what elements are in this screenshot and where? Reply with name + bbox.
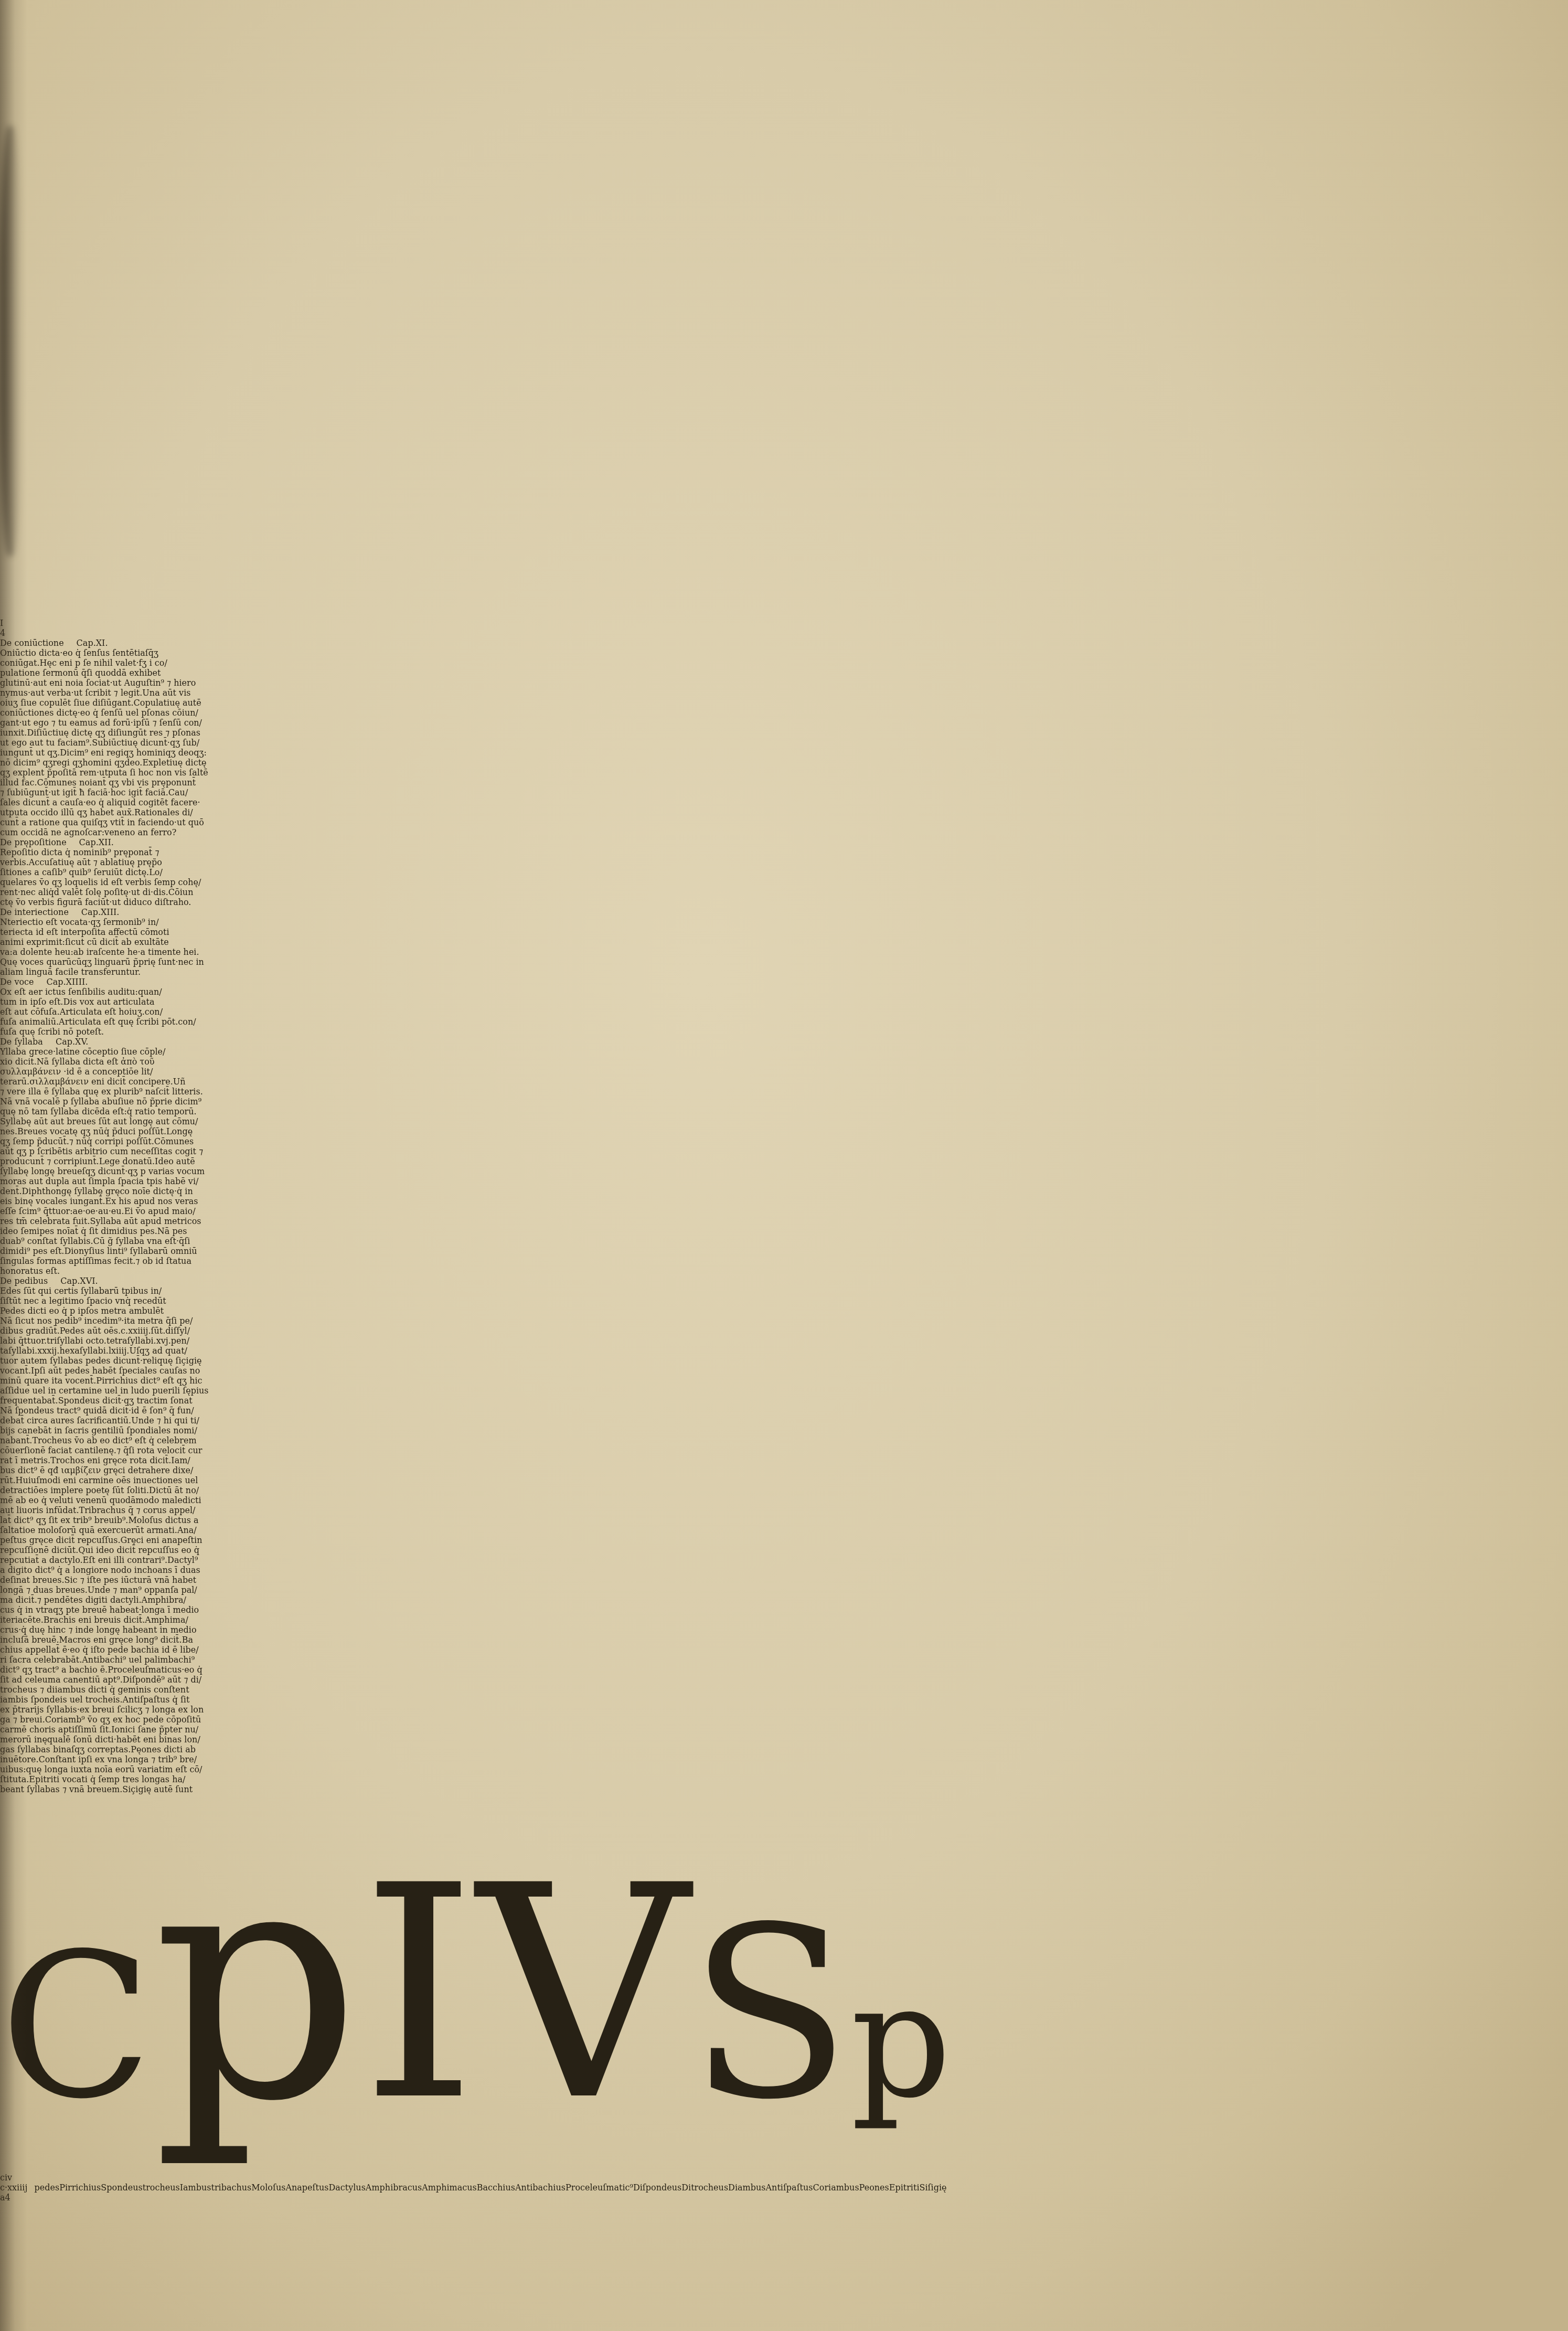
text-line: utputa occido illū qʒ habet aux̄.Rationa…: [0, 807, 1568, 817]
chapter-heading: De voce Cap.XIIII.: [0, 977, 1568, 987]
text-line: honoratus eſt.: [0, 1266, 1568, 1276]
text-line: dimidi⁹ pes eſt.Dionyſius linti⁹ ſyllaba…: [0, 1246, 1568, 1256]
text-line: Syllabę aūt aut breues ſūt aut longę aut…: [0, 1116, 1568, 1126]
text-line: chius appellat̄ ē·eo q̇ iſto pede bachia…: [0, 1645, 1568, 1655]
text-line: xio dicit̄.Nā ſyllaba dicta eſt ἀπὸ τοῦ: [0, 1057, 1568, 1067]
text-line: iambis ſpondeis uel trocheis.Antiſpaſtus…: [0, 1695, 1568, 1705]
text-line: gant·ut ego ⁊ tu eamus ad forū·ipſū ⁊ ſe…: [0, 718, 1568, 728]
text-line: Pedes dicti eo q̇ p ipſos metra ambulēt: [0, 1306, 1568, 1316]
text-line: illud fac.Cōmunes noiant̄ qʒ vbi vis prę…: [0, 778, 1568, 787]
versal-initial-S: S: [689, 1877, 850, 2152]
margin-note: Antiſpaſtus: [766, 2183, 813, 2192]
versal-initials: CpIVSp: [0, 1794, 1568, 2173]
margin-note: Moloſus: [251, 2183, 285, 2192]
text-line: dict⁹ qʒ tract⁹ a bachio ē.Proceleuſmati…: [0, 1665, 1568, 1675]
text-line: iungunt̄ ut qʒ.Dicim⁹ eni regiqʒ hominiq…: [0, 748, 1568, 758]
text-line: trocheus ⁊ diiambus dicti q̇ geminis con…: [0, 1685, 1568, 1695]
text-line: glutinū·aut eni noia ſociat·ut Auguſtin⁹…: [0, 678, 1568, 688]
text-line: qʒ ſemp p̃ducūt̄.⁊ nūq̇ corripi poſſūt.C…: [0, 1136, 1568, 1146]
text-line: tuor autem ſyllabas pedes dicunt̄·reliqu…: [0, 1356, 1568, 1366]
text-line: ſales dicunt̄ a cauſa·eo q̇ aliquid cogi…: [0, 797, 1568, 807]
text-line: rūt.Huiuſmodi eni carmine oēs inuectione…: [0, 1475, 1568, 1485]
text-line: Nteriectio eſt vocata·qʒ ſermonib⁹ in/: [0, 917, 1568, 927]
text-line: iunxit.Diſiūctiuę dictę qʒ diſiungūt res…: [0, 728, 1568, 738]
text-line: animi exprimit:ſicut cū dicit̄ ab exultā…: [0, 937, 1568, 947]
quire-signature: a4: [0, 2192, 1568, 2202]
versal-initial-P: p: [153, 1794, 361, 2173]
margin-note: Antibachius: [515, 2183, 566, 2192]
text-line: pulatione ſermonū q̄ſi quoddā exhibet: [0, 668, 1568, 678]
text-line: deſinat breues.Sic ⁊ iſte pes iūcturā vn…: [0, 1575, 1568, 1585]
text-line: Nā ſicut nos pedib⁹ incedim⁹·ita metra q…: [0, 1316, 1568, 1326]
text-line: va:a dolente heu:ab iraſcente he·a timen…: [0, 947, 1568, 957]
versal-initial-I: I: [361, 1823, 477, 2165]
text-line: ideo ſemipes noīat̄ q̇ ſit dimidius pes.…: [0, 1226, 1568, 1236]
text-line: Oniūctio dicta·eo q̇ ſenſus ſentētiaſq̄ʒ: [0, 648, 1568, 658]
margin-note: Epitriti: [889, 2183, 920, 2192]
text-line: terarū.σιλλαμβάνειν eni dicit̄ concipere…: [0, 1077, 1568, 1087]
text-line: merorū inęqualē ſonū dicti·habēt eni bin…: [0, 1734, 1568, 1744]
text-line: repcutiat̄ a dactylo.Eſt eni illi contra…: [0, 1555, 1568, 1565]
versal-initial-P: p: [851, 1950, 952, 2133]
text-line: ri ſacra celebrabāt.Antibachi⁹ uel palim…: [0, 1655, 1568, 1665]
text-line: res tm̄ celebrata fuit.Syllaba aūt apud …: [0, 1216, 1568, 1226]
text-line: detractiōes implere poetę ſūt ſoliti.Dic…: [0, 1485, 1568, 1495]
margin-note: tribachus: [211, 2183, 251, 2192]
margin-note: Siſigię: [920, 2183, 947, 2192]
text-line: a digito dict⁹ q̇ a longiore nodo inchoa…: [0, 1565, 1568, 1575]
text-line: Ox eſt aer ictus ſenſibilis auditu:quan/: [0, 987, 1568, 997]
text-line: ſtituta.Epitriti vocati q̇ ſemp tres lon…: [0, 1774, 1568, 1784]
text-line: lat̄ dict⁹ qʒ ſit ex trib⁹ breuib⁹.Moloſ…: [0, 1515, 1568, 1525]
text-line: nes.Breues vocatę qʒ nūq̇ p̃duci poſſūt.…: [0, 1126, 1568, 1136]
text-line: minū quare ita vocent̄.Pirrichius dict⁹ …: [0, 1376, 1568, 1386]
text-line: ⁊ vere illa ē ſyllaba quę ex plurib⁹ naſ…: [0, 1087, 1568, 1097]
text-line: Repoſitio dicta q̇ nominib⁹ pręponat̄ ⁊: [0, 847, 1568, 857]
text-line: bus dict⁹ ē qđ ιαμβίζειν gręci detrahere…: [0, 1465, 1568, 1475]
book-number: I: [0, 618, 1568, 628]
versal-initial-V: V: [477, 1823, 689, 2165]
incunabulum-page: I 4 De coniūctione Cap.XI.Oniūctio dicta…: [0, 0, 1568, 2331]
text-line: producunt̄ ⁊ corripiunt̄.Lege donatū.Ide…: [0, 1156, 1568, 1166]
guide-letters: civ: [0, 2173, 1568, 2183]
margin-note: trocheus: [143, 2183, 180, 2192]
text-line: eſt aut cōfuſa.Articulata eſt hoiuʒ.con/: [0, 1007, 1568, 1017]
text-line: fuſa animaliū.Articulata eſt quę ſcribi …: [0, 1017, 1568, 1027]
text-line: crus·q̇ duę hinc ⁊ inde longę habeant in…: [0, 1625, 1568, 1635]
text-line: uibus:quę longa iuxta noīa eorū variatim…: [0, 1764, 1568, 1774]
margin-note: Iambus: [180, 2183, 211, 2192]
text-line: quę nō tam ſyllaba dicēda eſt:q̇ ratio t…: [0, 1106, 1568, 1116]
text-line: cus q̇ in vtraqʒ pte breuē habeat·longa …: [0, 1605, 1568, 1615]
text-line: Yllaba grece·latine cōceptio ſiue cōple/: [0, 1047, 1568, 1057]
margin-note: Bacchius: [477, 2183, 515, 2192]
text-line: ſitiones a caſib⁹ quib⁹ ſeruiūt dictę.Lo…: [0, 867, 1568, 877]
margin-note: Peones: [859, 2183, 889, 2192]
margin-note: Proceleuſmatic⁹: [566, 2183, 633, 2192]
text-line: ut ego aut tu faciam⁹.Subiūctiuę dicunt̄…: [0, 738, 1568, 748]
text-line: vocant̄.Ipſi aūt pedes habēt ſpeciales c…: [0, 1366, 1568, 1376]
chapter-heading: De interiectione Cap.XIII.: [0, 907, 1568, 917]
text-line: mē ab eo q̇ veluti venenū quodāmodo male…: [0, 1495, 1568, 1505]
text-column-left: De coniūctione Cap.XI.Oniūctio dicta·eo …: [0, 638, 1568, 1216]
show-through-text: [0, 312, 593, 345]
text-line: συλλαμβάνειν ·id ē a conceptiōe lit/: [0, 1067, 1568, 1077]
text-line: ga ⁊ breui.Coriamb⁹ v̄o qʒ ex hoc pede c…: [0, 1715, 1568, 1725]
chapter-heading: De coniūctione Cap.XI.: [0, 638, 1568, 648]
text-line: Quę voces quarūcūqʒ linguarū p̃prię ſunt…: [0, 957, 1568, 967]
show-through-text: [0, 0, 567, 147]
text-line: debat̄ circa aures ſacrificantiū.Unde ⁊ …: [0, 1415, 1568, 1425]
text-line: ſingulas formas aptiſſimas fecit.⁊ ob id…: [0, 1256, 1568, 1266]
text-line: qʒ explent p̃poſitā rem·utputa ſi hoc no…: [0, 768, 1568, 778]
text-line: eſſe ſcim⁹ q̄ttuor:ae·oe·au·eu.Ei v̄o ap…: [0, 1206, 1568, 1216]
text-line: oiuʒ ſiue copulēt ſiue diſiūgant.Copulat…: [0, 698, 1568, 708]
text-line: peſtus gręce dicit̄ repcuſſus.Gręci eni …: [0, 1535, 1568, 1545]
marginalia: c·xxiiij pedesPirrichiusSpondeustrocheus…: [0, 2183, 1568, 2192]
text-line: frequentabat̄.Spondeus dicit̄·qʒ tractim…: [0, 1396, 1568, 1406]
text-line: inuētore.Conſtant ipſi ex vna longa ⁊ tr…: [0, 1754, 1568, 1764]
text-line: Nā ſpondeus tract⁹ quidā dicit̄·id ē ſon…: [0, 1406, 1568, 1415]
margin-note: Amphibracus: [366, 2183, 422, 2192]
text-line: ⁊ ſubiūgunt̄·ut igit̄ ħ faciā·hoc igit̄ …: [0, 787, 1568, 797]
text-line: nō dicim⁹ qʒregi qʒhomini qʒdeo.Expletiu…: [0, 758, 1568, 768]
text-line: repcuſſionē diciūt.Qui ideo dicit̄ repcu…: [0, 1545, 1568, 1555]
text-line: incluſā breuē.Macros eni gręce long⁹ dic…: [0, 1635, 1568, 1645]
margin-note: Ditrocheus: [681, 2183, 728, 2192]
text-line: moras aut dupla aut ſimpla ſpacia tpis h…: [0, 1176, 1568, 1186]
page-fore-edge: [1505, 0, 1568, 2331]
margin-note: Spondeus: [101, 2183, 142, 2192]
text-line: cunt̄ a ratione qua quiſqʒ vtit̄ in faci…: [0, 817, 1568, 827]
text-line: dibus gradiūt̄.Pedes aūt oēs.c.xxiiij.ſū…: [0, 1326, 1568, 1336]
text-line: coniūgat.Hęc eni p ſe nihil valet·fʒ i c…: [0, 658, 1568, 668]
margin-note: Diſpondeus: [633, 2183, 681, 2192]
text-line: rat ī metris.Trochos eni gręce rota dici…: [0, 1455, 1568, 1465]
text-line: ſit ad celeuma canentiū apt⁹.Diſpondē⁹ a…: [0, 1675, 1568, 1685]
chapter-heading: De ſyllaba Cap.XV.: [0, 1037, 1568, 1047]
text-line: verbis.Accuſatiuę aūt ⁊ ablatiuę pręp̃o: [0, 857, 1568, 867]
text-line: ſaltatioe moloſorū quā exercuerūt armati…: [0, 1525, 1568, 1535]
text-line: labi q̄ttuor.triſyllabi octo.tetraſyllab…: [0, 1336, 1568, 1346]
text-line: Nā vnā vocalē p ſyllaba abuſiue nō p̃pri…: [0, 1097, 1568, 1106]
text-line: cum occidā ne agnoſcar:veneno an ferro?: [0, 827, 1568, 837]
text-line: aut liuoris infūdat.Tribrachus q̄ ⁊ coru…: [0, 1505, 1568, 1515]
text-line: tum in ipſo eſt.Dis vox aut articulata: [0, 997, 1568, 1007]
text-line: iteriacēte.Brachis eni breuis dicit̄.Amp…: [0, 1615, 1568, 1625]
text-line: cōuerſionē faciat cantilenę.⁊ q̄ſi rota …: [0, 1445, 1568, 1455]
text-line: rent·nec aliq̇d valēt ſolę poſitę·ut di·…: [0, 887, 1568, 897]
text-line: nabant̄.Trocheus v̄o ab eo dict⁹ eſt q̇ …: [0, 1435, 1568, 1445]
show-through-text: [0, 147, 645, 278]
text-line: taſyllabi.xxxij.hexaſyllabi.lxiiij.Uſqʒ …: [0, 1346, 1568, 1356]
text-line: ſyllabę longę breueſqʒ dicunt̄·qʒ p vari…: [0, 1166, 1568, 1176]
text-column-right: res tm̄ celebrata fuit.Syllaba aūt apud …: [0, 1216, 1568, 1794]
margin-note: Anapeſtus: [285, 2183, 328, 2192]
show-through-text: [0, 278, 546, 312]
text-line: beant ſyllabas ⁊ vnā breuem.Siçigię autē…: [0, 1784, 1568, 1794]
text-line: Edes ſūt qui certis ſyllabarū tpibus in/: [0, 1286, 1568, 1296]
text-line: longā ⁊ duas breues.Unde ⁊ man⁹ oppanſa …: [0, 1585, 1568, 1595]
text-line: gas ſyllabas binaſqʒ correptas.Pęones di…: [0, 1744, 1568, 1754]
text-line: ſiſtūt nec a legitimo ſpacio vnq̇ recedū…: [0, 1296, 1568, 1306]
text-line: aūt qʒ p ſcribētis arbitrio cum neceſſit…: [0, 1146, 1568, 1156]
text-line: duab⁹ conſtat ſyllabis.Cū g̃ ſyllaba vna…: [0, 1236, 1568, 1246]
text-line: fuſa quę ſcribi nō poteſt.: [0, 1027, 1568, 1037]
text-line: ctę v̄o verbis figurā faciūt·ut diduco d…: [0, 897, 1568, 907]
text-line: bijs canebāt in ſacris gentiliū ſpondial…: [0, 1425, 1568, 1435]
margin-note: Dactylus: [328, 2183, 365, 2192]
text-line: aliam linguā facile transferuntur.: [0, 967, 1568, 977]
margin-note: Diambus: [728, 2183, 765, 2192]
margin-note: Coriambus: [813, 2183, 859, 2192]
text-line: nymus·aut verba·ut ſcribit ⁊ legit.Una a…: [0, 688, 1568, 698]
text-line: ma dicit̄.⁊ pendētes digiti dactyli.Amph…: [0, 1595, 1568, 1605]
text-line: quelares v̄o qʒ loquelis id eſt verbis ſ…: [0, 877, 1568, 887]
text-line: teriecta id eſt interpoſita affectū cōmo…: [0, 927, 1568, 937]
text-line: ex p̄trarijs ſyllabis·ex breui ſcilicʒ ⁊…: [0, 1705, 1568, 1715]
text-line: coniūctiones dictę·eo q̇ ſenſū uel pſona…: [0, 708, 1568, 718]
margin-note: Pirrichius: [59, 2183, 101, 2192]
binding-shadow-blob: [0, 126, 21, 556]
text-line: dent̄.Diphthongę ſyllabę gręco noīe dict…: [0, 1186, 1568, 1196]
text-line: carmē choris aptiſſimū ſit.Ionici ſane p…: [0, 1725, 1568, 1734]
text-line: eis binę vocales iungant̄.Ex his apud no…: [0, 1196, 1568, 1206]
text-line: aſſidue uel in certamine uel in ludo pue…: [0, 1386, 1568, 1396]
chapter-heading: De pedibus Cap.XVI.: [0, 1276, 1568, 1286]
chapter-heading: De prępoſitione Cap.XII.: [0, 837, 1568, 847]
folio-number: 4: [0, 628, 1568, 638]
margin-note: Amphimacus: [422, 2183, 477, 2192]
